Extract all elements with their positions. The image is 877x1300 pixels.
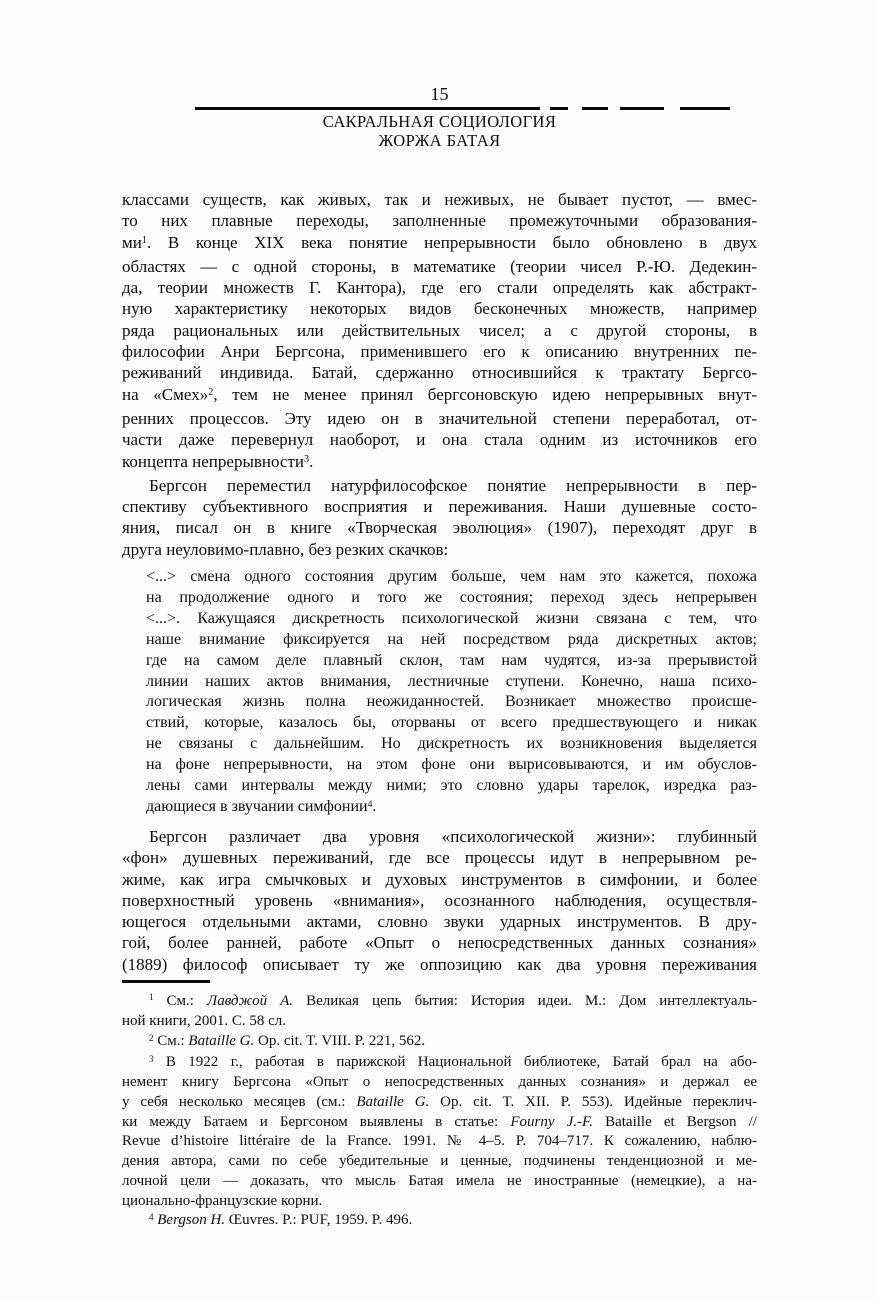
footnotes-section: 1 См.: Лавджой А. Великая цепь бытия: Ис… [122, 992, 757, 1232]
blockquote: <...> смена одного состояния другим боль… [146, 567, 757, 820]
text-line: 3 В 1922 г., работая в парижской Национа… [122, 1053, 757, 1074]
text-line: концепта непрерывности3. [122, 451, 757, 475]
text-line: логическая жизнь полна неожиданностей. В… [146, 692, 757, 713]
text-line: немент книгу Бергсона «Опыт о непосредст… [122, 1073, 757, 1093]
text-line: спективу субъективного восприятия и пере… [122, 496, 757, 517]
text-line: философии Анри Бергсона, применившего ег… [122, 341, 757, 362]
footnote: 1 См.: Лавджой А. Великая цепь бытия: Ис… [122, 992, 757, 1032]
text-line: ренних процессов. Эту идею он в значител… [122, 408, 757, 429]
italic-text: Лавджой А. [207, 993, 293, 1009]
text-line: классами существ, как живых, так и нежив… [122, 189, 757, 210]
text-line: да, теории множеств Г. Кантора), где его… [122, 277, 757, 298]
text-line: наше внимание фиксируется на ней посредс… [146, 630, 757, 651]
text-line: Бергсон различает два уровня «психологич… [122, 826, 757, 847]
footnote-marker: 3 [304, 454, 309, 465]
text-line: дения автора, сами по себе убедительные … [122, 1152, 757, 1172]
body-text: классами существ, как живых, так и нежив… [122, 189, 757, 975]
text-line: гой, более ранней, работе «Опыт о непоср… [122, 932, 757, 953]
footnote-marker: 2 [149, 1033, 154, 1043]
text-line: друга неуловимо-плавно, без резких скачк… [122, 539, 757, 560]
text-line: где на самом деле плавный склон, там нам… [146, 651, 757, 672]
text-line: на продолжение одного и того же состояни… [146, 588, 757, 609]
text-line: Бергсон переместил натурфилософское поня… [122, 475, 757, 496]
text-line: <...> смена одного состояния другим боль… [146, 567, 757, 588]
text-line: лены сами интервалы между ними; это слов… [146, 776, 757, 797]
paragraph: Бергсон различает два уровня «психологич… [122, 826, 757, 975]
page-number: 15 [122, 84, 757, 104]
footnote: 3 В 1922 г., работая в парижской Национа… [122, 1053, 757, 1212]
text-line: ствий, которые, казалось бы, оторваны от… [146, 713, 757, 734]
text-line: ционально-французские корни. [122, 1192, 757, 1212]
text-line: части даже перевернул наоборот, и она ст… [122, 429, 757, 450]
text-line: лочной цели — доказать, что мысль Батая … [122, 1172, 757, 1192]
footnote: 2 См.: Bataille G. Op. cit. T. VIII. P. … [122, 1032, 757, 1053]
text-line: 2 См.: Bataille G. Op. cit. T. VIII. P. … [122, 1032, 757, 1053]
footnote-marker: 1 [149, 992, 154, 1002]
paragraph: Бергсон переместил натурфилософское поня… [122, 475, 757, 560]
text-line: ную характеристику некоторых видов беско… [122, 298, 757, 319]
text-line: ряда рациональных или действительных чис… [122, 320, 757, 341]
text-line: «фон» душевных переживаний, где все проц… [122, 847, 757, 868]
italic-text: Bataille G. [356, 1094, 429, 1110]
text-line: <...>. Кажущаяся дискретность психологич… [146, 609, 757, 630]
text-line: ной книги, 2001. С. 58 сл. [122, 1012, 757, 1032]
footnote-separator [122, 980, 210, 983]
footnote-marker: 4 [368, 799, 373, 810]
header-rule [195, 107, 730, 110]
page-header: 15 САКРАЛЬНАЯ СОЦИОЛОГИЯ ЖОРЖА БАТАЯ [122, 84, 757, 150]
footnote-marker: 1 [142, 235, 147, 246]
text-line: линии наших актов внимания, лестничные с… [146, 672, 757, 693]
text-line: ющегося отдельными актами, словно звуки … [122, 911, 757, 932]
chapter-title: САКРАЛЬНАЯ СОЦИОЛОГИЯ ЖОРЖА БАТАЯ [122, 113, 757, 150]
text-line: на «Смех»2, тем не менее принял бергсоно… [122, 384, 757, 408]
chapter-title-line-2: ЖОРЖА БАТАЯ [122, 132, 757, 151]
text-block: классами существ, как живых, так и нежив… [122, 189, 757, 1232]
text-line: не связаны с дальнейшим. Но дискретность… [146, 734, 757, 755]
footnote: 4 Bergson H. Œuvres. P.: PUF, 1959. P. 4… [122, 1211, 757, 1232]
text-line: поверхностный уровень «внимания», осозна… [122, 890, 757, 911]
text-line: жиме, как игра смычковых и духовых инстр… [122, 869, 757, 890]
text-line: ки между Батаем и Бергсоном выявлены в с… [122, 1113, 757, 1133]
text-line: 1 См.: Лавджой А. Великая цепь бытия: Ис… [122, 992, 757, 1013]
footnote-marker: 4 [149, 1212, 154, 1222]
chapter-title-line-1: САКРАЛЬНАЯ СОЦИОЛОГИЯ [122, 113, 757, 132]
text-line: (1889) философ описывает ту же оппозицию… [122, 954, 757, 975]
text-line: реживаний индивида. Батай, сдержанно отн… [122, 362, 757, 383]
italic-text: Fourny J.-F. [510, 1114, 593, 1130]
text-line: у себя несколько месяцев (см.: Bataille … [122, 1093, 757, 1113]
italic-text: Bataille G. [188, 1033, 254, 1049]
text-line: Revue d’histoire littéraire de la France… [122, 1132, 757, 1152]
text-line: ми1. В конце XIX века понятие непрерывно… [122, 232, 757, 256]
text-line: дающиеся в звучании симфонии4. [146, 797, 757, 820]
text-line: на фоне непрерывности, на этом фоне они … [146, 755, 757, 776]
footnote-marker: 2 [208, 387, 213, 398]
text-line: то них плавные переходы, заполненные про… [122, 210, 757, 231]
text-line: областях — с одной стороны, в математике… [122, 256, 757, 277]
page: 15 САКРАЛЬНАЯ СОЦИОЛОГИЯ ЖОРЖА БАТАЯ кла… [0, 0, 877, 1300]
text-line: 4 Bergson H. Œuvres. P.: PUF, 1959. P. 4… [122, 1211, 757, 1232]
paragraph: классами существ, как живых, так и нежив… [122, 189, 757, 475]
italic-text: Bergson H. [157, 1212, 225, 1228]
text-line: яния, писал он в книге «Творческая эволю… [122, 517, 757, 538]
footnote-marker: 3 [149, 1054, 154, 1064]
